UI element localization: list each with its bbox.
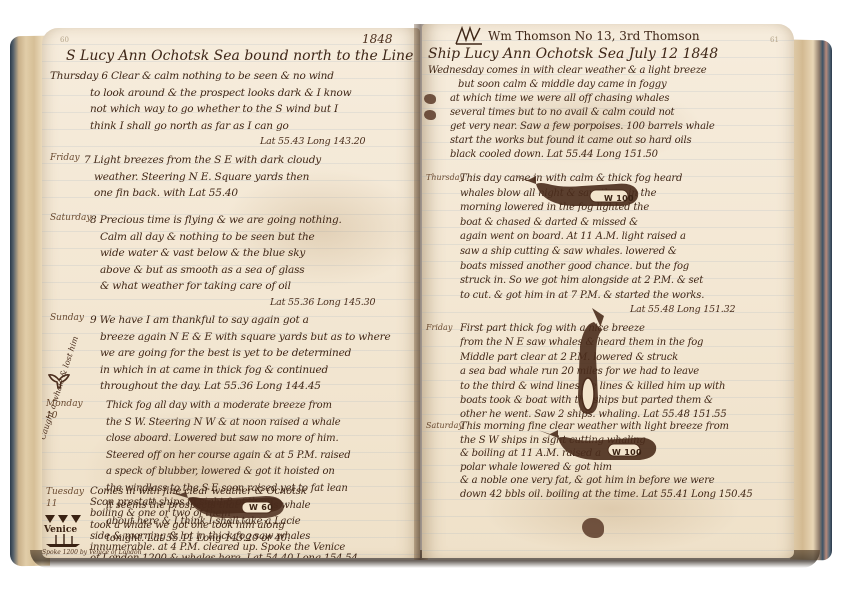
entry-line: one fin back. with Lat 55.40 xyxy=(84,185,418,202)
entry-lines: Wednesday comes in with clear weather & … xyxy=(428,64,788,162)
entry-line: boats took & boat with the ships but par… xyxy=(460,394,790,408)
entry-line: down 42 bbls oil. boiling at the time. L… xyxy=(460,488,790,502)
entry-line: black cooled down. Lat 55.44 Long 151.50 xyxy=(428,148,788,162)
right-page: 61 Wm Thomson No 13, 3rd Thomson Ship Lu… xyxy=(422,24,794,558)
page-header: S Lucy Ann Ochotsk Sea bound north to th… xyxy=(66,48,413,64)
entry-line: boats missed another good chance. but th… xyxy=(460,260,790,275)
open-logbook: 60 1848 S Lucy Ann Ochotsk Sea bound nor… xyxy=(0,0,841,600)
entry-position: Lat 55.43 Long 143.20 xyxy=(50,134,416,151)
entry-day: Sunday xyxy=(50,312,90,324)
entry-line: First part thick fog with a nice breeze xyxy=(460,322,790,336)
entry-line: boat & chased & darted & missed & xyxy=(460,216,790,231)
ship-icon xyxy=(44,534,84,548)
year-heading: 1848 xyxy=(362,32,393,46)
entry-line: close aboard. Lowered but saw no more of… xyxy=(106,431,418,448)
entry-day: Saturday xyxy=(50,212,90,224)
page-number: 61 xyxy=(770,36,779,44)
whale-vertical-stamp-icon xyxy=(570,306,610,416)
triple-flukes-icon xyxy=(44,514,84,524)
entry-position: Lat 55.48 Long 151.32 xyxy=(460,303,790,318)
entry-line: Thursday 6 Clear & calm nothing to be se… xyxy=(50,68,416,85)
entry-line: weather. Steering N E. Square yards then xyxy=(84,169,418,186)
entry-line: struck in. So we got him alongside at 2 … xyxy=(460,274,790,289)
entry-line: think I shall go north as far as I can g… xyxy=(50,118,416,135)
keeper-monogram-icon xyxy=(454,26,484,46)
whale-flukes-icon xyxy=(48,373,70,389)
whale-stamp-label: W 100 xyxy=(612,448,642,457)
whale-stamp-label: W 60 xyxy=(249,503,273,512)
entry-line: above & but as smooth as a sea of glass xyxy=(90,262,418,279)
page-header: Ship Lucy Ann Ochotsk Sea July 12 1848 xyxy=(428,46,718,62)
entry-line: throughout the day. Lat 55.36 Long 144.4… xyxy=(90,378,418,395)
ink-blot xyxy=(582,518,604,538)
entry-line: at which time we were all off chasing wh… xyxy=(428,92,788,106)
entry-lines: Thursday 6 Clear & calm nothing to be se… xyxy=(50,68,416,151)
entry-position: Lat 55.36 Long 145.30 xyxy=(90,295,418,312)
entry-line: Thick fog all day with a moderate breeze… xyxy=(106,398,418,415)
entry-lines: First part thick fog with a nice breeze … xyxy=(460,322,790,423)
entry-lines: 7 Light breezes from the S E with dark c… xyxy=(84,152,418,202)
margin-note-spoke: Spoke 1200 by Venice of London xyxy=(42,549,141,556)
entry-line: in which in at came in thick fog & conti… xyxy=(90,362,418,379)
entry-line: We have I am thankful to say again got a xyxy=(100,314,309,326)
entry-day: Tuesday 11 xyxy=(46,486,86,510)
whale-tail-mark-icon xyxy=(424,110,436,120)
entry-line: the S W. Steering N W & at noon raised a… xyxy=(106,415,418,432)
entry-line: saw a ship cutting & saw whales. lowered… xyxy=(460,245,790,260)
entry-line: wide water & vast below & the blue sky xyxy=(90,245,418,262)
entry-line: but soon calm & middle day came in foggy xyxy=(428,78,788,92)
entry-lines: 8 Precious time is flying & we are going… xyxy=(90,212,418,312)
entry-line: Precious time is flying & we are going n… xyxy=(100,214,342,226)
entry-line: to look around & the prospect looks dark… xyxy=(50,85,416,102)
entry-line: Steered off on her course again & at 5 P… xyxy=(106,448,418,465)
entry-line: again went on board. At 11 A.M. light ra… xyxy=(460,230,790,245)
entry-line: a sea bad whale run 20 miles for we had … xyxy=(460,365,790,379)
left-page: 60 1848 S Lucy Ann Ochotsk Sea bound nor… xyxy=(42,28,420,558)
entry-line: & a noble one very fat, & got him in bef… xyxy=(460,474,790,488)
entry-line: not which way to go whether to the S win… xyxy=(50,101,416,118)
logbook-keeper: Wm Thomson No 13, 3rd Thomson xyxy=(488,28,700,44)
whale-stamp-label: W 100 xyxy=(604,194,634,203)
entry-line: get very near. Saw a few porpoises. 100 … xyxy=(428,120,788,134)
entry-line: Middle part clear at 2 P.M. lowered & st… xyxy=(460,351,790,365)
entry-line: we are going for the best is yet to be d… xyxy=(90,345,418,362)
entry-lines: 9 We have I am thankful to say again got… xyxy=(90,312,418,395)
whale-tail-mark-icon xyxy=(424,94,436,104)
right-marbled-edge xyxy=(790,39,832,560)
entry-date: 7 xyxy=(84,154,90,166)
entry-line: breeze again N E & E with square yards b… xyxy=(90,329,418,346)
entry-line: from the N E saw whales & heard them in … xyxy=(460,336,790,350)
entry-line: Calm all day & nothing to be seen but th… xyxy=(90,229,418,246)
entry-line: & what weather for taking care of oil xyxy=(90,278,418,295)
page-number: 60 xyxy=(60,36,69,44)
entry-line: several times but to no avail & calm cou… xyxy=(428,106,788,120)
entry-line: side & morning & lot in thick fog saw wh… xyxy=(90,531,418,542)
entry-date: 8 xyxy=(90,214,96,226)
entry-line: to cut. & got him in at 7 P.M. & started… xyxy=(460,289,790,304)
entry-line: start the works but found it came out so… xyxy=(428,134,788,148)
entry-line: to the third & wind lines we lines & kil… xyxy=(460,380,790,394)
entry-date: 9 xyxy=(90,314,96,326)
entry-line: a speck of blubber, lowered & got it hoi… xyxy=(106,464,418,481)
entry-line: Wednesday comes in with clear weather & … xyxy=(428,64,788,78)
entry-line: Light breezes from the S E with dark clo… xyxy=(94,154,321,166)
